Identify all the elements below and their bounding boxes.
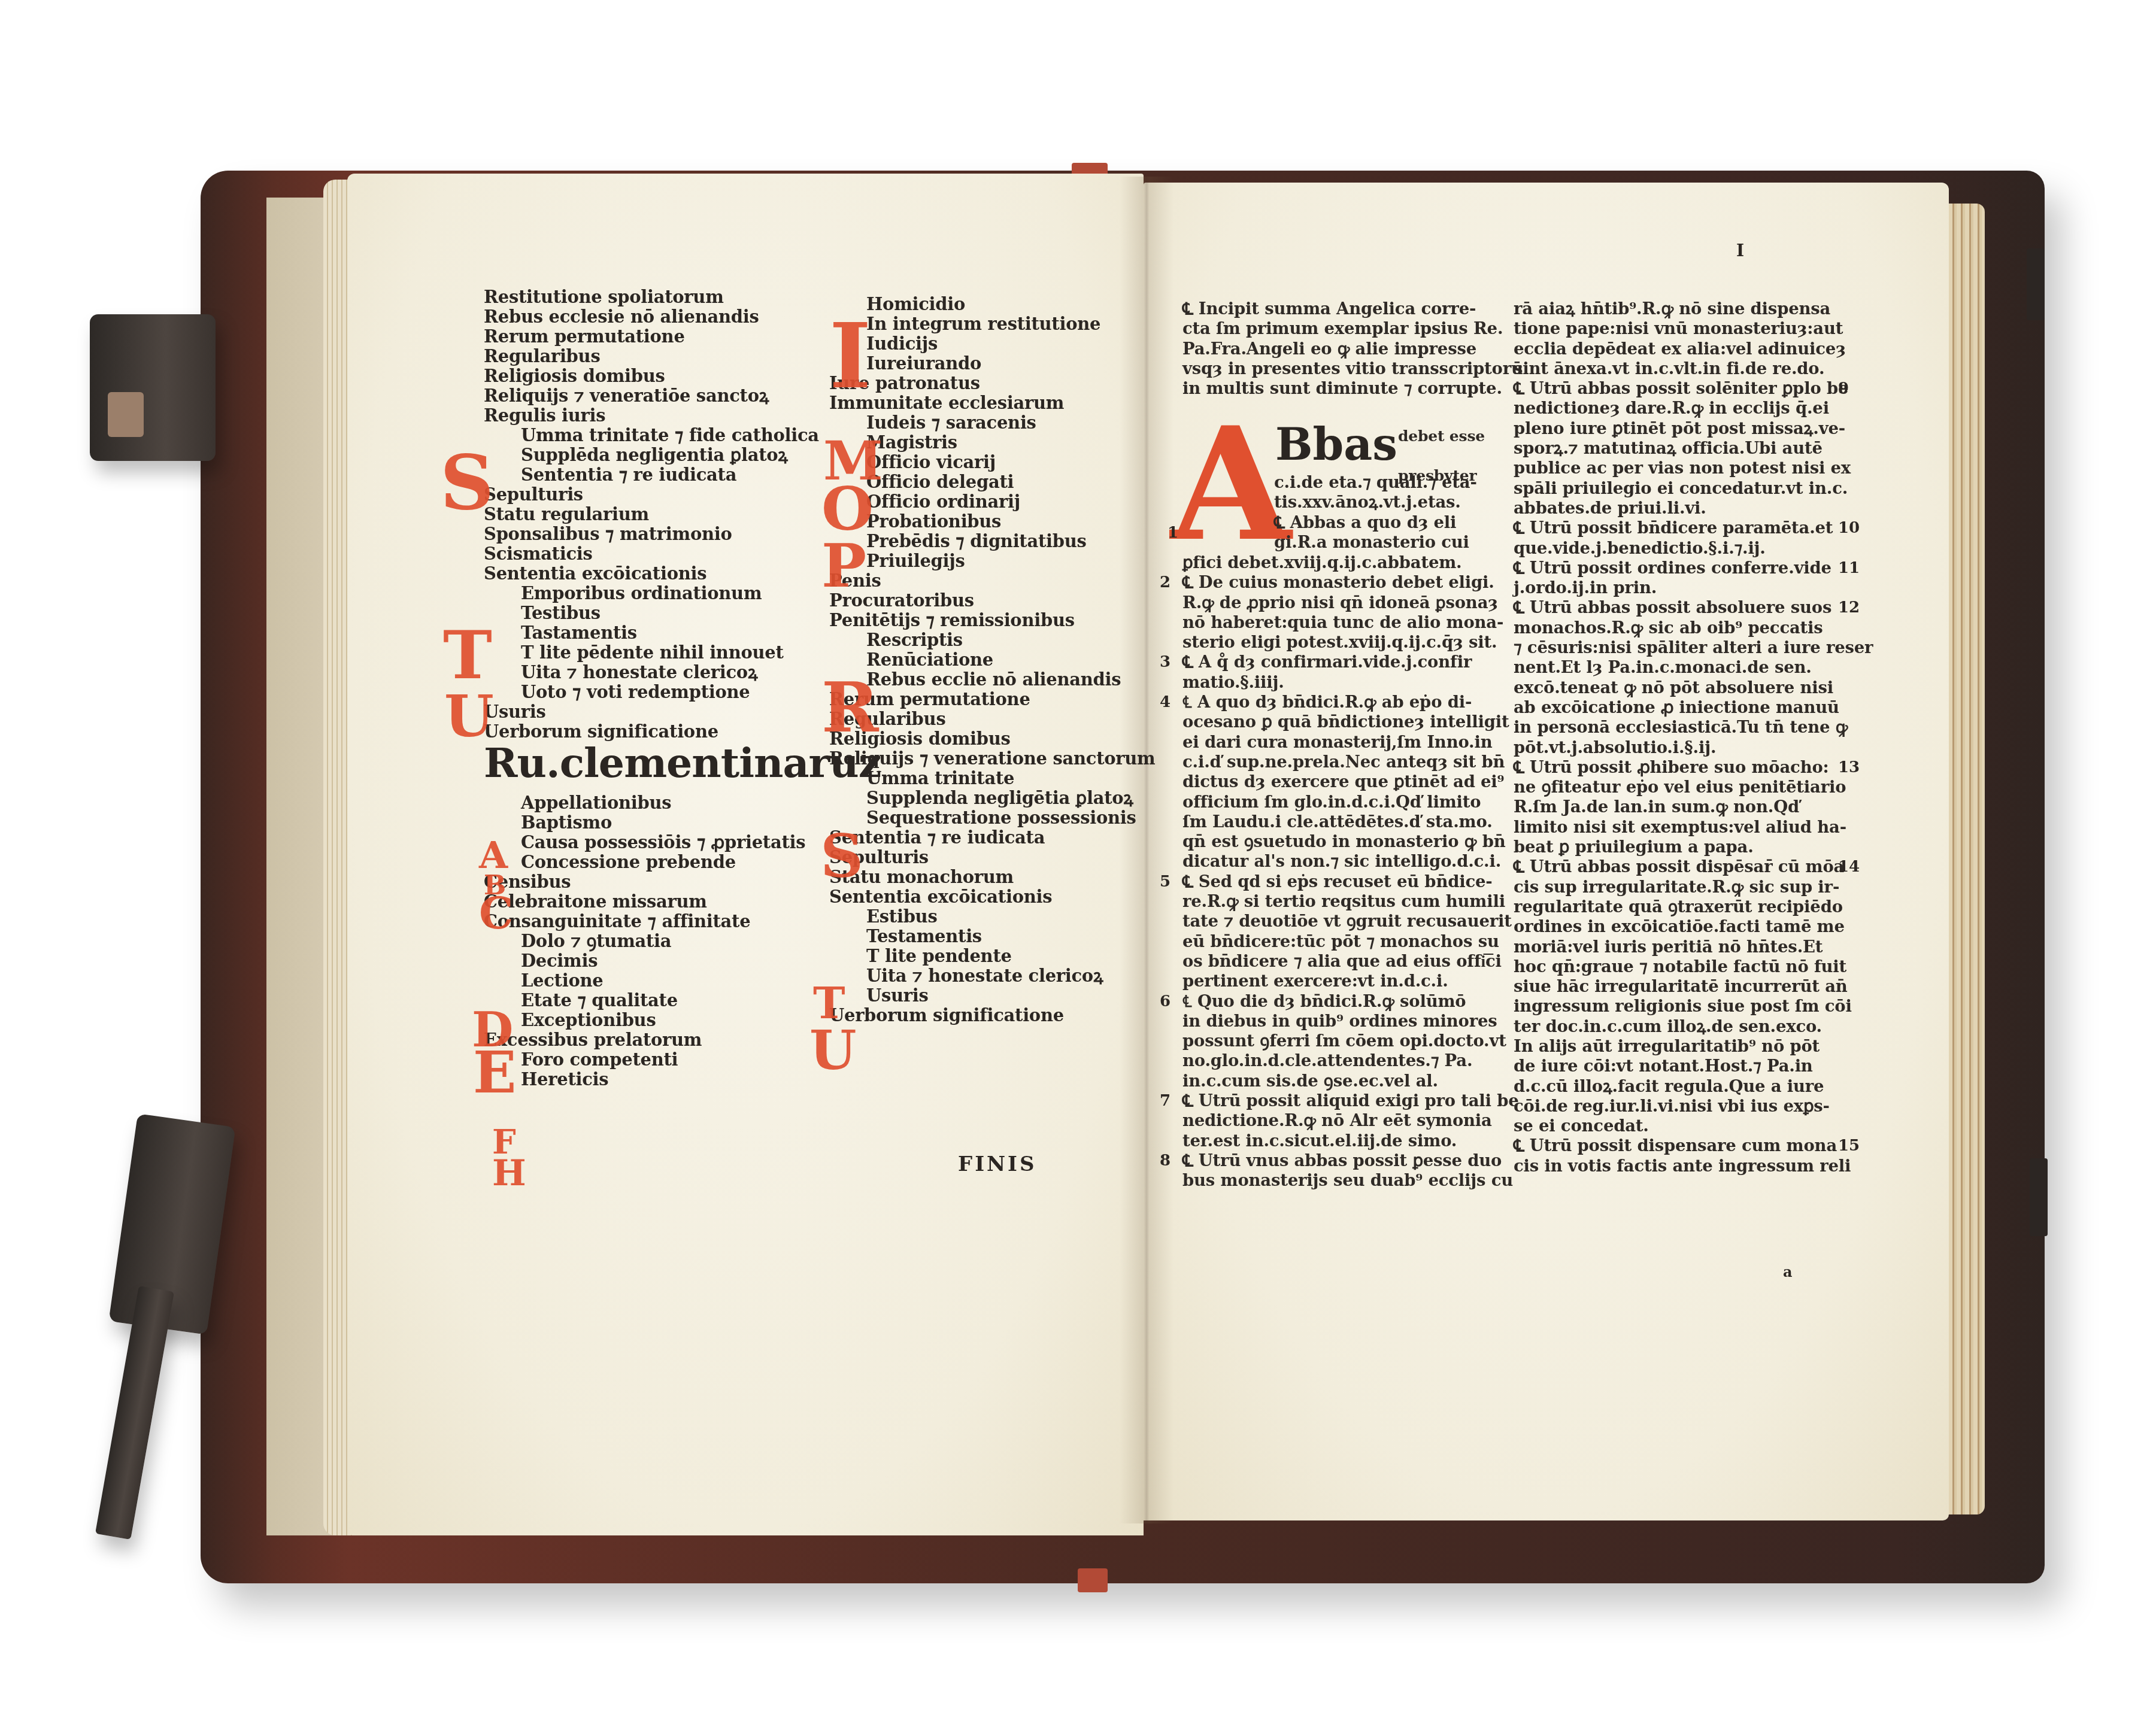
article-number: 5: [1160, 872, 1171, 892]
article-number: 10: [1838, 518, 1860, 538]
index-entry: Testibus: [484, 603, 819, 623]
rubricated-initial: H: [492, 1155, 526, 1191]
index-entry: Emporibus ordinationum: [484, 584, 819, 603]
text-line: siue hāc irregularitatē incurrerūt an̄: [1514, 977, 1873, 997]
folio-number: I: [1736, 241, 1744, 260]
text-line: nedictione.R.ꝙ nō Alr eēt symonia: [1182, 1111, 1519, 1131]
finis-colophon: FINIS: [958, 1152, 1037, 1176]
index-entry: Sententia ⁊ re iudicata: [829, 828, 1155, 848]
index-entry: Estibus: [829, 907, 1155, 927]
text-line: tione pape:nisi vnū monasteriuȝ:aut: [1514, 319, 1873, 339]
text-line: 12℄ Utrū abbas possit absoluere suos: [1514, 598, 1873, 618]
text-line: ab excōicatione ꝓ iniectione manuū: [1514, 698, 1873, 718]
text-line: 10℄ Utrū possit bn̄dicere paramēta.et: [1514, 518, 1873, 538]
text-line: ter doc.in.c.cum illoꝝ.de sen.exco.: [1514, 1017, 1873, 1037]
text-line: In alijs aūt irregularitatib⁹ nō pōt: [1514, 1037, 1873, 1057]
catch-lower: [2030, 1158, 2048, 1236]
index-entry: Umma trinitate: [829, 769, 1155, 788]
text-line: 2℄ De cuius monasterio debet eligi.: [1182, 573, 1519, 593]
text-line: de iure cōi:vt notant.Host.⁊ Pa.in: [1514, 1057, 1873, 1076]
text-line: dicatur al's non.⁊ sic intelligo.d.c.i.: [1182, 852, 1519, 872]
text-line: beat ꝑ priuilegium a papa.: [1514, 837, 1873, 857]
text-line: sporꝝ.⁊ matutinaꝝ officia.Ubi autē: [1514, 439, 1873, 459]
rubricated-initial: P: [821, 536, 866, 596]
rubricated-initial: A: [479, 837, 508, 874]
index-entry: Probationibus: [829, 512, 1155, 532]
clementine-heading-row: Ru.clementinaruz: [484, 742, 819, 793]
text-line: que.vide.j.benedictio.§.i.⁊.ij.: [1514, 539, 1873, 559]
index-entry: Supplēda negligentia ꝑlatoꝝ: [484, 445, 819, 465]
text-line: c.i.ď sup.ne.prela.Nec anteqȝ sit bn̄: [1182, 752, 1519, 772]
text-line: 13℄ Utrū possit ꝓhibere suo mōacho:: [1514, 758, 1873, 778]
text-line: eū bn̄dicere:tūc pōt ⁊ monachos su: [1182, 932, 1519, 952]
clasp-strap: [95, 1286, 174, 1540]
text-line: 11℄ Utrū possit ordines conferre.vide: [1514, 559, 1873, 578]
text-line: ecclia depēdeat ex alia:vel adinuiceȝ: [1514, 339, 1873, 359]
text-line: 15℄ Utrū possit dispensare cum mona: [1514, 1136, 1873, 1156]
text-line: pōt.vt.j.absolutio.i.§.ij.: [1514, 738, 1873, 758]
text-line: j.ordo.ij.in prin.: [1514, 578, 1873, 598]
index-entry: Homicidio: [829, 295, 1155, 314]
index-entry: Causa possessiōis ⁊ ꝓprietatis: [484, 833, 819, 852]
index-entry: Scismaticis: [484, 544, 819, 564]
rubricated-initial: E: [473, 1045, 516, 1101]
index-entry: Prebēdis ⁊ dignitatibus: [829, 532, 1155, 551]
index-entry: Regularibus: [484, 347, 819, 366]
index-entry: Censibus: [484, 872, 819, 892]
index-entry: Concessione prebende: [484, 852, 819, 872]
article-number: 14: [1838, 857, 1860, 877]
text-line: nent.Et lȝ Pa.in.c.monaci.de sen.: [1514, 658, 1873, 678]
index-entry: Usuris: [829, 986, 1155, 1006]
text-line: rā aiaꝝ hn̄tib⁹.R.ꝙ nō sine dispensa: [1514, 299, 1873, 319]
index-entry: Regulis iuris: [484, 406, 819, 426]
index-entry: Priuilegijs: [829, 551, 1155, 571]
index-entry: Etate ⁊ qualitate: [484, 991, 819, 1010]
marginal-number: 1: [1168, 524, 1178, 542]
index-entry: Reliquijs ⁊ veneratiōe sanctoꝝ: [484, 386, 819, 406]
rubricated-initial: T: [443, 623, 492, 688]
text-line: in diebus in quib⁹ ordines minores: [1182, 1012, 1519, 1031]
incipit-line: vsqȝ in presentes vitio transscriptorū: [1182, 359, 1523, 379]
incipit-word-abbas: Bbas: [1275, 419, 1397, 471]
index-entry: In integrum restitutione: [829, 314, 1155, 334]
index-entry: Uita ⁊ honestate clericoꝝ: [484, 663, 819, 682]
text-line: excō.teneat ꝙ nō pōt absoluere nisi: [1514, 678, 1873, 698]
text-line: no.glo.in.d.cle.attendentes.⁊ Pa.: [1182, 1051, 1519, 1071]
text-line: ordines in excōicatiōe.facti tamē me: [1514, 917, 1873, 937]
article-number: 4: [1160, 693, 1171, 712]
index-entry: Sententia excōicationis: [484, 564, 819, 584]
text-line: gi.R.a monasterio cui: [1274, 533, 1477, 553]
left-page-column-1: Restitutione spoliatorum Rebus ecclesie …: [484, 287, 819, 1089]
text-line: se ei concedat.: [1514, 1116, 1873, 1136]
article-number: 3: [1160, 652, 1171, 672]
index-entry: Tastamentis: [484, 623, 819, 643]
article-number: 13: [1838, 758, 1860, 778]
text-line: 6℄ Quo die dȝ bn̄dici.R.ꝙ solūmō: [1182, 992, 1519, 1012]
index-entry: Testamentis: [829, 927, 1155, 946]
decorated-initial-A: A: [1171, 407, 1291, 563]
rubricated-initial: S: [820, 826, 863, 886]
text-line: 14℄ Utrū abbas possit dispēsar̄ cū mōa: [1514, 857, 1873, 877]
text-line: 8℄ Utrū vnus abbas possit ꝑesse duo: [1182, 1151, 1519, 1171]
text-line: ſm Laudu.i cle.attēdētes.ď sta.mo.: [1182, 812, 1519, 832]
text-line: pleno iure ꝑtinēt pōt post missaꝝ.ve-: [1514, 419, 1873, 439]
text-line: ⁊ cēsuris:nisi spāliter alteri a iure re…: [1514, 638, 1873, 658]
index-entry: Penitētijs ⁊ remissionibus: [829, 611, 1155, 630]
index-entry: Exceptionibus: [484, 1010, 819, 1030]
index-entry: Uita ⁊ honestate clericoꝝ: [829, 966, 1155, 986]
index-entry: Excessibus prelatorum: [484, 1030, 819, 1050]
text-line: d.c.cū illoꝝ.facit regula.Que a iure: [1514, 1077, 1873, 1097]
index-entry: Lectione: [484, 971, 819, 991]
index-entry: Celebraitone missarum: [484, 892, 819, 912]
index-entry: Sequestratione possessionis: [829, 808, 1155, 828]
text-line: spāli priuilegio ei concedatur.vt in.c.: [1514, 479, 1873, 499]
index-entry: Statu monachorum: [829, 867, 1155, 887]
index-entry: Sententia excōicationis: [829, 887, 1155, 907]
index-entry: Reliquijs ⁊ veneratione sanctorum: [829, 749, 1155, 769]
text-line: 4℄ A quo dȝ bn̄dici.R.ꝙ ab eṗo di-: [1182, 693, 1519, 712]
incipit-line: cta ſm primum exemplar ipsius Re.: [1182, 319, 1523, 339]
index-entry: Hereticis: [484, 1070, 819, 1089]
text-line: re.R.ꝙ si tertio reqsitus cum humili: [1182, 892, 1519, 912]
index-entry: Sententia ⁊ re iudicata: [484, 465, 819, 485]
text-line: regularitate quā ꝯtraxerūt recipiēdo: [1514, 897, 1873, 917]
text-line: nedictioneȝ dare.R.ꝙ in ecclijs q̄.ei: [1514, 399, 1873, 418]
rubricated-initial: C: [479, 892, 513, 935]
text-line: os bn̄dicere ⁊ alia que ad eius offi͞ci: [1182, 952, 1519, 972]
index-entry: Religiosis domibus: [484, 366, 819, 386]
index-entry: Sepulturis: [484, 485, 819, 505]
index-entry: Sepulturis: [829, 848, 1155, 867]
left-page-column-2: Homicidio In integrum restitutione Iudic…: [829, 295, 1155, 1025]
text-line: c.i.de eta.⁊ quali.⁊ eta-: [1274, 473, 1477, 493]
rubricated-initial: O: [821, 479, 874, 539]
text-line: qn̄ est ꝯsuetudo in monasterio ꝙ bn̄: [1182, 832, 1519, 852]
text-line: nō haberet:quia tunc de alio mona-: [1182, 613, 1519, 633]
text-line: cōi.de reg.iur.li.vi.nisi vbi ius exꝑs-: [1514, 1097, 1873, 1116]
text-line: officium ſm glo.in.d.c.i.Qď limito: [1182, 793, 1519, 812]
text-line: dictus dȝ exercere que ꝑtinēt ad ei⁹: [1182, 772, 1519, 792]
text-line: ingressum religionis siue post ſm cōi: [1514, 997, 1873, 1016]
right-column-1: ꝑfici debet.xviij.q.ij.c.abbatem. 2℄ De …: [1182, 553, 1519, 1191]
index-entry: Rerum permutatione: [484, 327, 819, 347]
index-entry: Sponsalibus ⁊ matrimonio: [484, 524, 819, 544]
rubricated-initial: U: [809, 1024, 857, 1077]
index-entry: Rebus ecclesie nō alienandis: [484, 307, 819, 327]
index-entry: Iure patronatus: [829, 374, 1155, 393]
text-line: possunt ꝯferri ſm cōem opi.docto.vt: [1182, 1031, 1519, 1051]
text-line: moriā:vel iuris peritiā nō hn̄tes.Et: [1514, 937, 1873, 957]
article-number: 8: [1160, 1151, 1171, 1171]
incipit-line: Pa.Fra.Angeli eo ꝙ alie impresse: [1182, 339, 1523, 359]
text-line: cis in votis factis ante ingressum reli: [1514, 1157, 1873, 1176]
text-line: 7℄ Utrū possit aliquid exigi pro tali be: [1182, 1091, 1519, 1111]
text-line: ne ꝯfiteatur eṗo vel eius penitētiario: [1514, 778, 1873, 797]
right-column-1-narrow: c.i.de eta.⁊ quali.⁊ eta- tis.xxv.ānoꝝ.v…: [1274, 473, 1477, 553]
article-number: 11: [1838, 559, 1860, 578]
text-line: publice ac per vias non potest nisi ex: [1514, 459, 1873, 478]
article-number: 12: [1838, 598, 1860, 618]
index-entry: Uoto ⁊ voti redemptione: [484, 682, 819, 702]
incipit-line: ℄ Incipit summa Angelica corre-: [1182, 299, 1523, 319]
text-line: in.c.cum sis.de ꝯse.ec.vel al.: [1182, 1072, 1519, 1091]
text-line: sint ānexa.vt in.c.vlt.in fi.de re.do.: [1514, 359, 1873, 379]
article-number: 15: [1838, 1136, 1860, 1156]
text-line: tis.xxv.ānoꝝ.vt.j.etas.: [1274, 493, 1477, 512]
index-entry: Immunitate ecclesiarum: [829, 393, 1155, 413]
text-line: tate ⁊ deuotiōe vt ꝯgruit recusauerit: [1182, 912, 1519, 931]
index-entry: Iureiurando: [829, 354, 1155, 374]
text-line: 3℄ A q̊ dȝ confirmari.vide.j.confir: [1182, 652, 1519, 672]
index-entry: Consanguinitate ⁊ affinitate: [484, 912, 819, 931]
text-line: ℄ Abbas a quo dȝ eli: [1274, 513, 1477, 533]
index-entry: Uerborum significatione: [829, 1006, 1155, 1025]
text-line: ꝑfici debet.xviij.q.ij.c.abbatem.: [1182, 553, 1519, 573]
text-line: monachos.R.ꝙ sic ab oib⁹ peccatis: [1514, 618, 1873, 638]
article-number: 6: [1160, 992, 1171, 1012]
rubricated-initial: S: [440, 446, 494, 521]
text-line: hoc qn̄:graue ⁊ notabile factū nō fuit: [1514, 957, 1873, 977]
index-entry: Penis: [829, 571, 1155, 591]
text-line: limito nisi sit exemptus:vel aliud ha-: [1514, 818, 1873, 837]
index-entry: Baptismo: [484, 813, 819, 833]
headband-bottom: [1078, 1568, 1108, 1592]
text-line: R.ꝙ de ꝓprio nisi qn̄ idoneā ꝑsonaȝ: [1182, 593, 1519, 613]
rubricated-initial: R: [821, 673, 879, 742]
text-line: sterio eligi potest.xviij.q.ij.c.q̄ȝ sit…: [1182, 633, 1519, 652]
index-entry: T lite pendente: [829, 946, 1155, 966]
index-entry: Statu regularium: [484, 505, 819, 524]
index-entry: Officio ordinarij: [829, 492, 1155, 512]
index-entry: Dolo ⁊ ꝯtumatia: [484, 931, 819, 951]
index-entry: T lite pēdente nihil innouet: [484, 643, 819, 663]
text-line: in personā ecclesiasticā.Tu tn̄ tene ꝙ: [1514, 718, 1873, 737]
clasp-pin: [108, 392, 144, 437]
catch-upper: [2027, 248, 2045, 320]
text-line: ei dari cura monasterij,ſm Inno.in: [1182, 733, 1519, 752]
index-entry: Appellationibus: [484, 793, 819, 813]
incipit-block: ℄ Incipit summa Angelica corre- cta ſm p…: [1182, 299, 1523, 399]
text-line: ter.est in.c.sicut.el.iij.de simo.: [1182, 1131, 1519, 1151]
right-column-2: rā aiaꝝ hn̄tib⁹.R.ꝙ nō sine dispensa tio…: [1514, 299, 1873, 1176]
index-entry: Procuratoribus: [829, 591, 1155, 611]
index-entry: Usuris: [484, 702, 819, 722]
clasp-upper: [90, 314, 216, 461]
article-number: 7: [1160, 1091, 1171, 1111]
index-entry: Decimis: [484, 951, 819, 971]
text-line: bus monasterijs seu duab⁹ ecclijs cu: [1182, 1171, 1519, 1191]
text-line: abbates.de priui.li.vi.: [1514, 499, 1873, 518]
index-entry: Iudicijs: [829, 334, 1155, 354]
article-number: 2: [1160, 573, 1171, 593]
text-line: ocesano ꝑ quā bn̄dictioneȝ intelligit: [1182, 712, 1519, 732]
text-line: matio.§.iiij.: [1182, 673, 1519, 693]
text-line: 5℄ Sed qd si eṗs recuset eū bn̄dice-: [1182, 872, 1519, 892]
text-line: pertinent exercere:vt in.d.c.i.: [1182, 972, 1519, 991]
index-entry: Umma trinitate ⁊ fide catholica: [484, 426, 819, 445]
rubricated-initial: I: [829, 311, 871, 401]
index-entry: Rescriptis: [829, 630, 1155, 650]
text-line: cis sup irregularitate.R.ꝙ sic sup ir-: [1514, 878, 1873, 897]
article-number: 9: [1838, 379, 1849, 399]
index-entry: Supplenda negligētia ꝑlatoꝝ: [829, 788, 1155, 808]
rubricated-initial: U: [444, 688, 494, 745]
signature-mark: a: [1783, 1263, 1793, 1280]
text-line: 9℄ Utrū abbas possit solēniter ꝑplo be: [1514, 379, 1873, 399]
text-line: R.ſm Ja.de lan.in sum.ꝙ non.Qď: [1514, 797, 1873, 817]
index-entry: Foro competenti: [484, 1050, 819, 1070]
index-entry: Restitutione spoliatorum: [484, 287, 819, 307]
